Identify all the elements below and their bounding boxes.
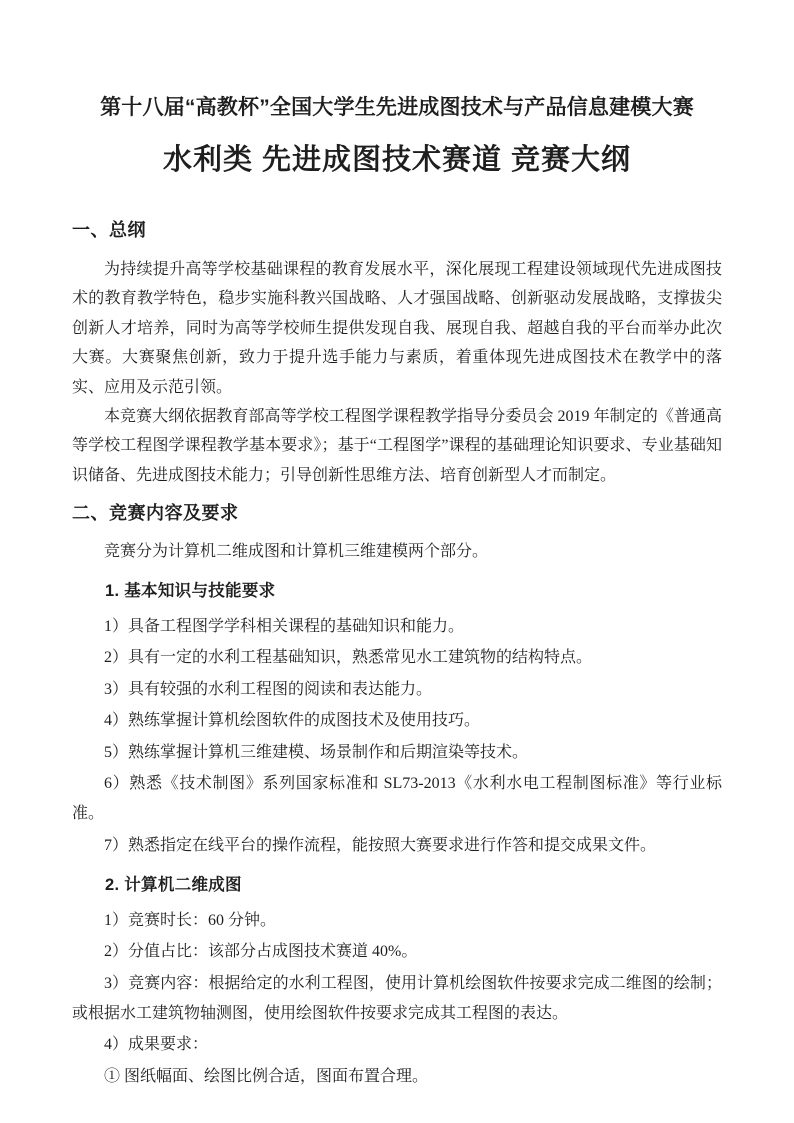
- subsection-2-items: 1）竞赛时长：60 分钟。 2）分值占比：该部分占成图技术赛道 40%。 3）竞…: [72, 906, 722, 1092]
- paragraph: 为持续提升高等学校基础课程的教育发展水平，深化展现工程建设领域现代先进成图技术的…: [72, 255, 722, 402]
- list-item: ① 图纸幅面、绘图比例合适，图面布置合理。: [72, 1062, 722, 1092]
- list-item: 3）竞赛内容：根据给定的水利工程图，使用计算机绘图软件按要求完成二维图的绘制；或…: [72, 969, 722, 1029]
- subsection-1-heading: 1. 基本知识与技能要求: [72, 579, 722, 603]
- list-item: 4）成果要求：: [72, 1030, 722, 1060]
- section-1-heading: 一、总纲: [72, 217, 722, 243]
- list-item: 1）竞赛时长：60 分钟。: [72, 906, 722, 936]
- section-2-intro: 竞赛分为计算机二维成图和计算机三维建模两个部分。: [72, 537, 722, 566]
- list-item: 5）熟练掌握计算机三维建模、场景制作和后期渲染等技术。: [72, 738, 722, 768]
- list-item: 3）具有较强的水利工程图的阅读和表达能力。: [72, 675, 722, 705]
- document-title: 第十八届“高教杯”全国大学生先进成图技术与产品信息建模大赛: [72, 94, 722, 122]
- list-item: 2）分值占比：该部分占成图技术赛道 40%。: [72, 937, 722, 967]
- document-subtitle: 水利类 先进成图技术赛道 竞赛大纲: [72, 141, 722, 179]
- section-1-body: 为持续提升高等学校基础课程的教育发展水平，深化展现工程建设领域现代先进成图技术的…: [72, 255, 722, 490]
- paragraph: 本竞赛大纲依据教育部高等学校工程图学课程教学指导分委员会 2019 年制定的《普…: [72, 402, 722, 490]
- list-item: 2）具有一定的水利工程基础知识，熟悉常见水工建筑物的结构特点。: [72, 643, 722, 673]
- list-item: 7）熟悉指定在线平台的操作流程，能按照大赛要求进行作答和提交成果文件。: [72, 831, 722, 861]
- list-item: 4）熟练掌握计算机绘图软件的成图技术及使用技巧。: [72, 706, 722, 736]
- list-item: 1）具备工程图学学科相关课程的基础知识和能力。: [72, 612, 722, 642]
- section-2-heading: 二、竞赛内容及要求: [72, 500, 722, 526]
- subsection-2-heading: 2. 计算机二维成图: [72, 873, 722, 897]
- subsection-1-items: 1）具备工程图学学科相关课程的基础知识和能力。 2）具有一定的水利工程基础知识，…: [72, 612, 722, 861]
- list-item: 6）熟悉《技术制图》系列国家标准和 SL73-2013《水利水电工程制图标准》等…: [72, 769, 722, 829]
- document-page: 第十八届“高教杯”全国大学生先进成图技术与产品信息建模大赛 水利类 先进成图技术…: [0, 0, 794, 1123]
